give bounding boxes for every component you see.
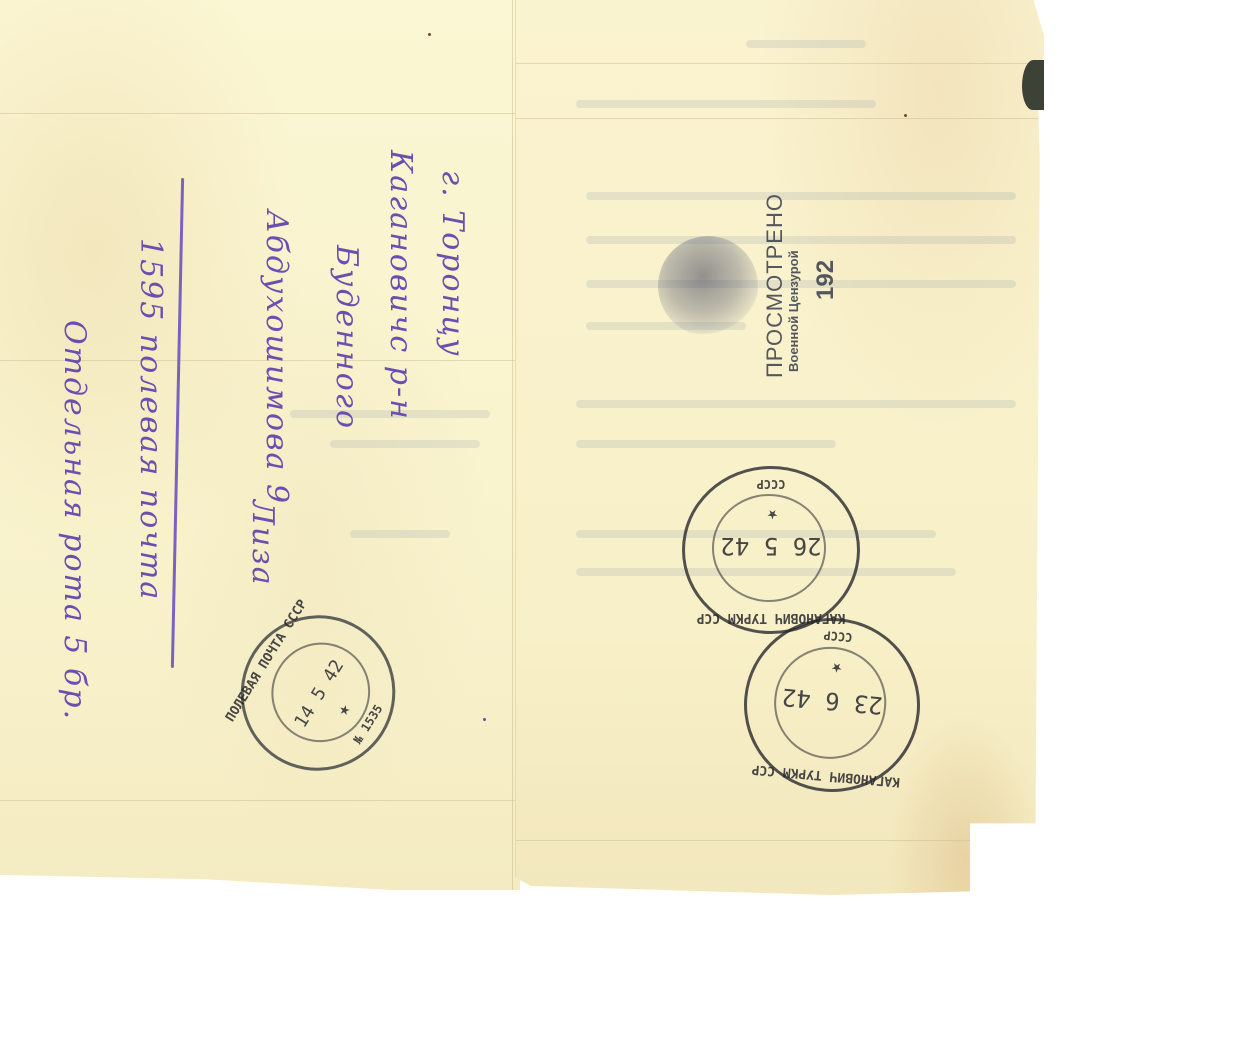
censor-stamp-subtitle: Военной Цензурой — [786, 250, 801, 372]
faded-typed-text — [330, 440, 480, 448]
faded-typed-text — [586, 280, 1016, 288]
censor-emblem-icon — [658, 236, 758, 336]
faded-typed-text — [576, 440, 836, 448]
postmark-bottom-text: СССР — [685, 477, 857, 491]
postmark: КАГАНОВИЧ ТУРКМ ССР 26 5 42 ★ СССР — [682, 466, 860, 634]
address-line: г. Торонцу — [435, 170, 470, 358]
paper-speck — [428, 33, 431, 36]
faded-typed-text — [576, 100, 876, 108]
address-line: Буденного — [329, 245, 364, 430]
fold-line — [0, 800, 520, 801]
sender-line: Отдельная рота 5 бр. — [57, 320, 92, 721]
fold-line — [0, 113, 520, 114]
faded-typed-text — [350, 530, 450, 538]
fold-line — [512, 0, 513, 890]
faded-typed-text — [576, 400, 1016, 408]
address-line: Кагановичс р-н — [383, 150, 418, 421]
censor-stamp-number: 192 — [812, 260, 840, 300]
star-icon: ★ — [830, 658, 843, 680]
faded-typed-text — [586, 192, 1016, 200]
ink-speck — [483, 718, 486, 721]
address-line: Лиза — [245, 500, 280, 587]
paper-speck — [904, 114, 907, 117]
postmark-date: 26 5 42 — [685, 532, 857, 560]
censor-stamp-title: ПРОСМОТРЕНО — [762, 193, 788, 378]
sender-line: 1595 полевая почта — [133, 238, 168, 601]
faded-typed-text — [746, 40, 866, 48]
faded-typed-text — [586, 236, 1016, 244]
fold-line — [516, 840, 1044, 841]
fold-line — [516, 63, 1044, 64]
star-icon: ★ — [767, 505, 778, 526]
fold-line — [516, 118, 1044, 119]
paper-tear — [1022, 60, 1044, 110]
address-line: Абдухошимова 9 — [259, 210, 294, 505]
